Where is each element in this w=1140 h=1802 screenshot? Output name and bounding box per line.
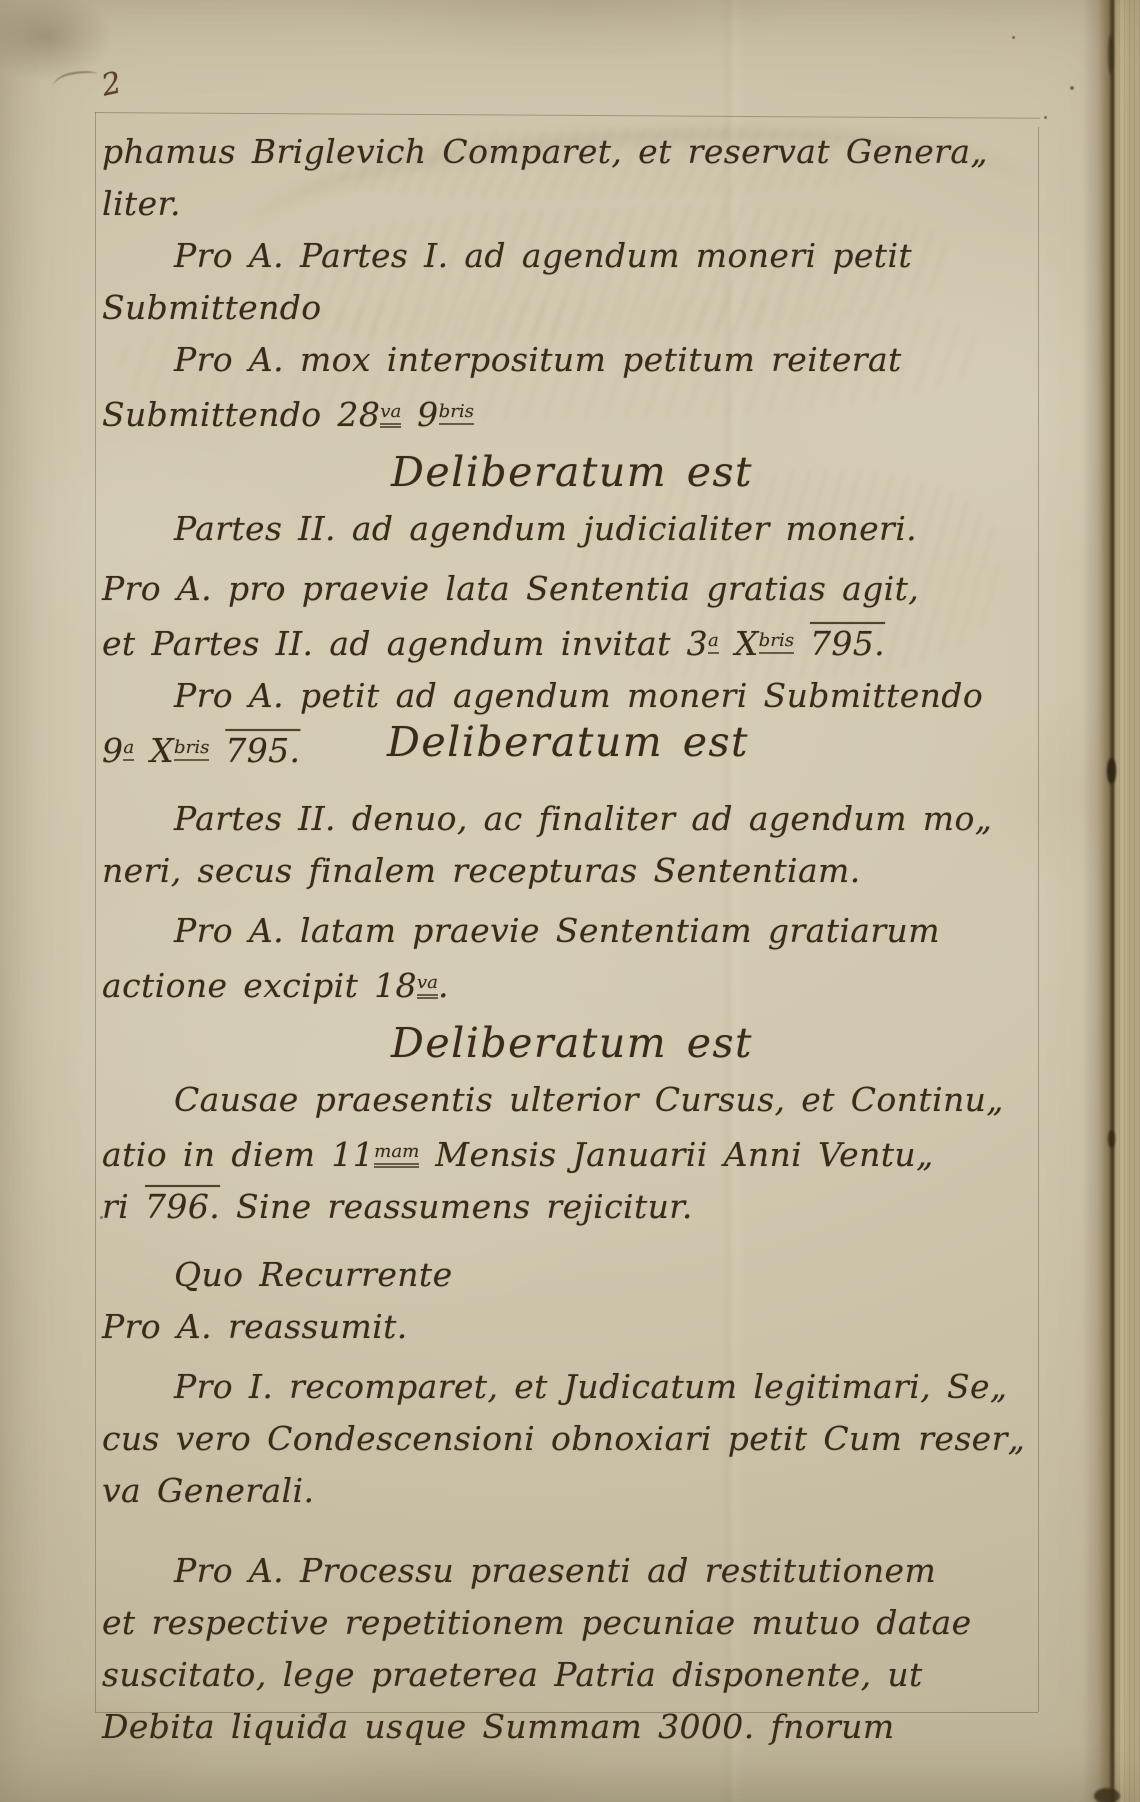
manuscript-text-segment: Pro A. Partes I. ad agendum moneri petit xyxy=(174,236,912,275)
manuscript-heading-line: Deliberatum est xyxy=(102,441,1042,503)
manuscript-line: Partes II. ad agendum judicialiter moner… xyxy=(102,503,1042,555)
manuscript-line: Submittendo 28va 9bris xyxy=(102,386,1042,441)
manuscript-line: Pro A. mox interpositum petitum reiterat xyxy=(102,334,1042,386)
manuscript-text-segment: Pro A. reassumit. xyxy=(102,1307,408,1346)
manuscript-text-segment: X xyxy=(719,624,759,663)
manuscript-text-segment: 796. xyxy=(145,1187,220,1226)
manuscript-text-segment: a xyxy=(708,630,719,654)
manuscript-text-segment: phamus Briglevich Comparet, et reservat … xyxy=(102,132,988,171)
manuscript-line: Pro A. Processu praesenti ad restitution… xyxy=(102,1545,1042,1597)
manuscript-line: phamus Briglevich Comparet, et reservat … xyxy=(102,126,1042,178)
manuscript-line: et Partes II. ad agendum invitat 3a Xbri… xyxy=(102,615,1042,670)
manuscript-text-segment: Pro I. recomparet, et Judicatum legitima… xyxy=(174,1367,1007,1406)
manuscript-text-segment: Pro A. petit ad agendum moneri Submitten… xyxy=(174,676,983,715)
manuscript-text-segment: Pro A. pro praevie lata Sententia gratia… xyxy=(102,569,919,608)
manuscript-photo: { "page": { "number": "2" }, "ink_color"… xyxy=(0,0,1140,1802)
manuscript-text-segment: X xyxy=(134,731,174,770)
manuscript-line: va Generali. xyxy=(102,1465,1042,1517)
manuscript-text-segment: neri, secus finalem recepturas Sententia… xyxy=(102,851,861,890)
manuscript-text-segment: va Generali. xyxy=(102,1471,314,1510)
manuscript-text-segment: ri xyxy=(102,1187,145,1226)
binding-edge xyxy=(1082,0,1140,1802)
manuscript-line: Pro I. recomparet, et Judicatum legitima… xyxy=(102,1361,1042,1413)
binding-crease-mark xyxy=(1108,34,1113,74)
manuscript-line: Causae praesentis ulterior Cursus, et Co… xyxy=(102,1074,1042,1126)
manuscript-text-segment: va xyxy=(417,972,438,999)
ruled-frame-left xyxy=(95,112,96,1712)
manuscript-heading-line: Deliberatum est xyxy=(102,1012,1042,1074)
manuscript-text-segment: atio in diem 11 xyxy=(102,1135,374,1174)
inline-heading-text: Deliberatum est xyxy=(387,716,749,768)
manuscript-text-segment: Causae praesentis ulterior Cursus, et Co… xyxy=(174,1080,1004,1119)
manuscript-text-segment: Pro A. latam praevie Sententiam gratiaru… xyxy=(174,911,940,950)
manuscript-text-segment: et respective repetitionem pecuniae mutu… xyxy=(102,1603,972,1642)
manuscript-line: Pro A. latam praevie Sententiam gratiaru… xyxy=(102,905,1042,957)
manuscript-line: suscitato, lege praeterea Patria dispone… xyxy=(102,1649,1042,1701)
manuscript-text-segment: liter. xyxy=(102,184,181,223)
manuscript-line: Pro A. pro praevie lata Sententia gratia… xyxy=(102,563,1042,615)
manuscript-line: cus vero Condescensioni obnoxiari petit … xyxy=(102,1413,1042,1465)
manuscript-text-segment: Deliberatum est xyxy=(391,448,753,496)
manuscript-text-segment: Sine reassumens rejicitur. xyxy=(220,1187,693,1226)
manuscript-line: liter. xyxy=(102,178,1042,230)
manuscript-text-segment: Partes II. ad agendum judicialiter moner… xyxy=(174,509,917,548)
manuscript-line: Quo Recurrente xyxy=(102,1249,1042,1301)
manuscript-text-segment: bris xyxy=(439,401,474,425)
binding-crease-mark xyxy=(1094,1788,1120,1802)
manuscript-line: Debita liquida usque Summam 3000. fnorum xyxy=(102,1701,1042,1753)
ink-speck xyxy=(1070,86,1074,90)
manuscript-text-segment: Quo Recurrente xyxy=(174,1255,453,1294)
ink-speck xyxy=(318,1714,322,1718)
manuscript-text-segment: 795. xyxy=(225,731,300,770)
manuscript-text-segment: Deliberatum est xyxy=(391,1019,753,1067)
manuscript-text-segment: bris xyxy=(759,630,794,654)
ink-speck xyxy=(1044,116,1047,119)
binding-crease-mark xyxy=(1108,1130,1115,1148)
manuscript-text-segment: Submittendo xyxy=(102,288,322,327)
manuscript-text-segment: Pro A. Processu praesenti ad restitution… xyxy=(174,1551,936,1590)
manuscript-text-segment: . xyxy=(438,966,449,1005)
manuscript-line: atio in diem 11mam Mensis Januarii Anni … xyxy=(102,1126,1042,1181)
manuscript-text: phamus Briglevich Comparet, et reservat … xyxy=(102,126,1042,1753)
manuscript-line: ri 796. Sine reassumens rejicitur. xyxy=(102,1181,1042,1233)
manuscript-line: Partes II. denuo, ac finaliter ad agendu… xyxy=(102,793,1042,845)
manuscript-line: Pro A. Partes I. ad agendum moneri petit xyxy=(102,230,1042,282)
manuscript-line: neri, secus finalem recepturas Sententia… xyxy=(102,845,1042,897)
manuscript-text-segment: actione excipit 18 xyxy=(102,966,417,1005)
manuscript-text-segment: suscitato, lege praeterea Patria dispone… xyxy=(102,1655,923,1694)
manuscript-text-segment: 9 xyxy=(401,395,438,434)
manuscript-line: actione excipit 18va. xyxy=(102,957,1042,1012)
manuscript-text-segment: 795. xyxy=(810,624,885,663)
manuscript-text-segment: a xyxy=(123,737,134,761)
manuscript-line: Pro A. reassumit. xyxy=(102,1301,1042,1353)
manuscript-line: et respective repetitionem pecuniae mutu… xyxy=(102,1597,1042,1649)
manuscript-text-segment: bris xyxy=(174,737,209,761)
manuscript-text-segment: Debita liquida usque Summam 3000. fnorum xyxy=(102,1707,895,1746)
ink-speck xyxy=(1012,36,1015,39)
manuscript-line: 9a Xbris 795.Deliberatum est xyxy=(102,722,1042,777)
manuscript-text-segment: cus vero Condescensioni obnoxiari petit … xyxy=(102,1419,1025,1458)
manuscript-text-segment: Partes II. denuo, ac finaliter ad agendu… xyxy=(174,799,992,838)
manuscript-text-segment: Submittendo 28 xyxy=(102,395,380,434)
manuscript-line: Submittendo xyxy=(102,282,1042,334)
manuscript-text-segment: et Partes II. ad agendum invitat 3 xyxy=(102,624,708,663)
ink-speck xyxy=(100,1216,103,1219)
manuscript-text-segment: 9 xyxy=(102,731,123,770)
manuscript-line: Pro A. petit ad agendum moneri Submitten… xyxy=(102,670,1042,722)
manuscript-text-segment xyxy=(209,731,225,770)
manuscript-text-segment: mam xyxy=(374,1141,419,1168)
manuscript-text-segment: Pro A. mox interpositum petitum reiterat xyxy=(174,340,902,379)
manuscript-text-segment xyxy=(794,624,810,663)
manuscript-text-segment: Mensis Januarii Anni Ventu„ xyxy=(419,1135,933,1174)
manuscript-text-segment: va xyxy=(380,401,401,428)
binding-crease-mark xyxy=(1107,758,1116,784)
